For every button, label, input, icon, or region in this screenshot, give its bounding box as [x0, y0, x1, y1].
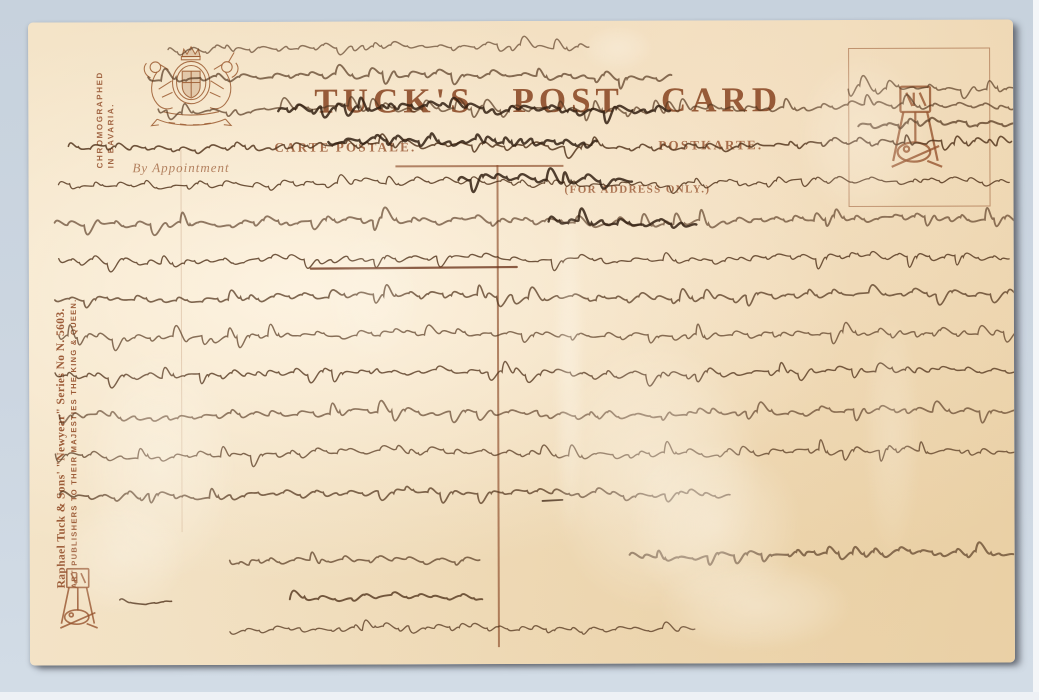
postcard-back: TUCK'S POST CARD CARTE POSTALE. POSTKART…: [28, 19, 1015, 665]
photo-edge-right: [1033, 0, 1039, 700]
photo-edge-bottom: [0, 692, 1039, 700]
handwritten-message: [28, 19, 1015, 665]
